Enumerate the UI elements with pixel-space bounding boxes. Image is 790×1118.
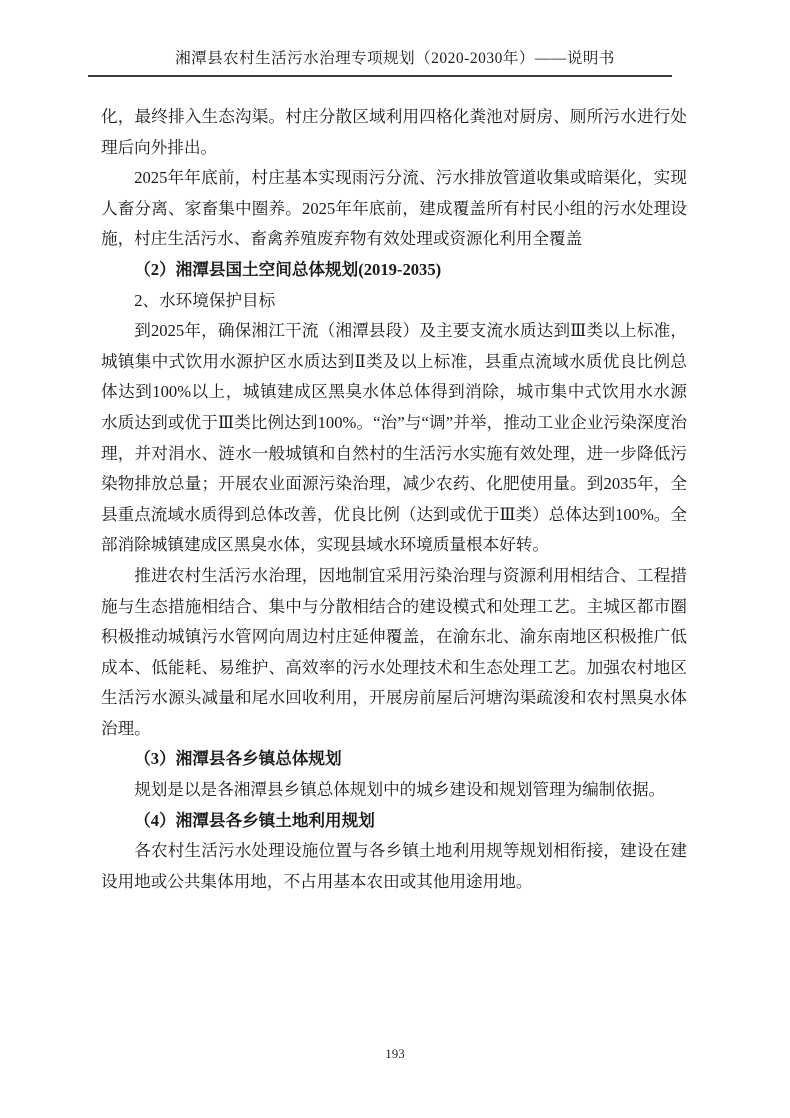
paragraph-township-plan-basis: 规划是以是各湘潭县乡镇总体规划中的城乡建设和规划管理为编制依据。 [101, 775, 687, 806]
paragraph-2025-targets: 2025年年底前，村庄基本实现雨污分流、污水排放管道收集或暗渠化，实现人畜分离、… [101, 163, 687, 255]
subheading-water-environment-goal: 2、水环境保护目标 [101, 286, 687, 317]
paragraph-land-use-connection: 各农村生活污水处理设施位置与各乡镇土地利用规等规划相衔接，建设在建设用地或公共集… [101, 836, 687, 897]
section-heading-2-land-spatial-plan: （2）湘潭县国土空间总体规划(2019-2035) [101, 255, 687, 286]
document-page: 湘潭县农村生活污水治理专项规划（2020-2030年）——说明书 化，最终排入生… [0, 0, 790, 1118]
page-header: 湘潭县农村生活污水治理专项规划（2020-2030年）——说明书 [0, 0, 790, 77]
page-number: 193 [385, 1046, 405, 1061]
section-heading-4-land-use-plan: （4）湘潭县各乡镇土地利用规划 [101, 806, 687, 837]
document-body: 化，最终排入生态沟渠。村庄分散区域利用四格化粪池对厨房、厕所污水进行处理后向外排… [101, 102, 687, 897]
page-header-title: 湘潭县农村生活污水治理专项规划（2020-2030年）——说明书 [0, 0, 790, 68]
section-heading-3-township-master-plan: （3）湘潭县各乡镇总体规划 [101, 744, 687, 775]
paragraph-rural-sewage-promotion: 推进农村生活污水治理，因地制宜采用污染治理与资源利用相结合、工程措施与生态措施相… [101, 561, 687, 745]
header-rule [88, 75, 672, 77]
paragraph-continuation: 化，最终排入生态沟渠。村庄分散区域利用四格化粪池对厨房、厕所污水进行处理后向外排… [101, 102, 687, 163]
paragraph-water-quality-goals: 到2025年，确保湘江干流（湘潭县段）及主要支流水质达到Ⅲ类以上标准，城镇集中式… [101, 316, 687, 561]
page-footer: 193 [0, 1046, 790, 1062]
